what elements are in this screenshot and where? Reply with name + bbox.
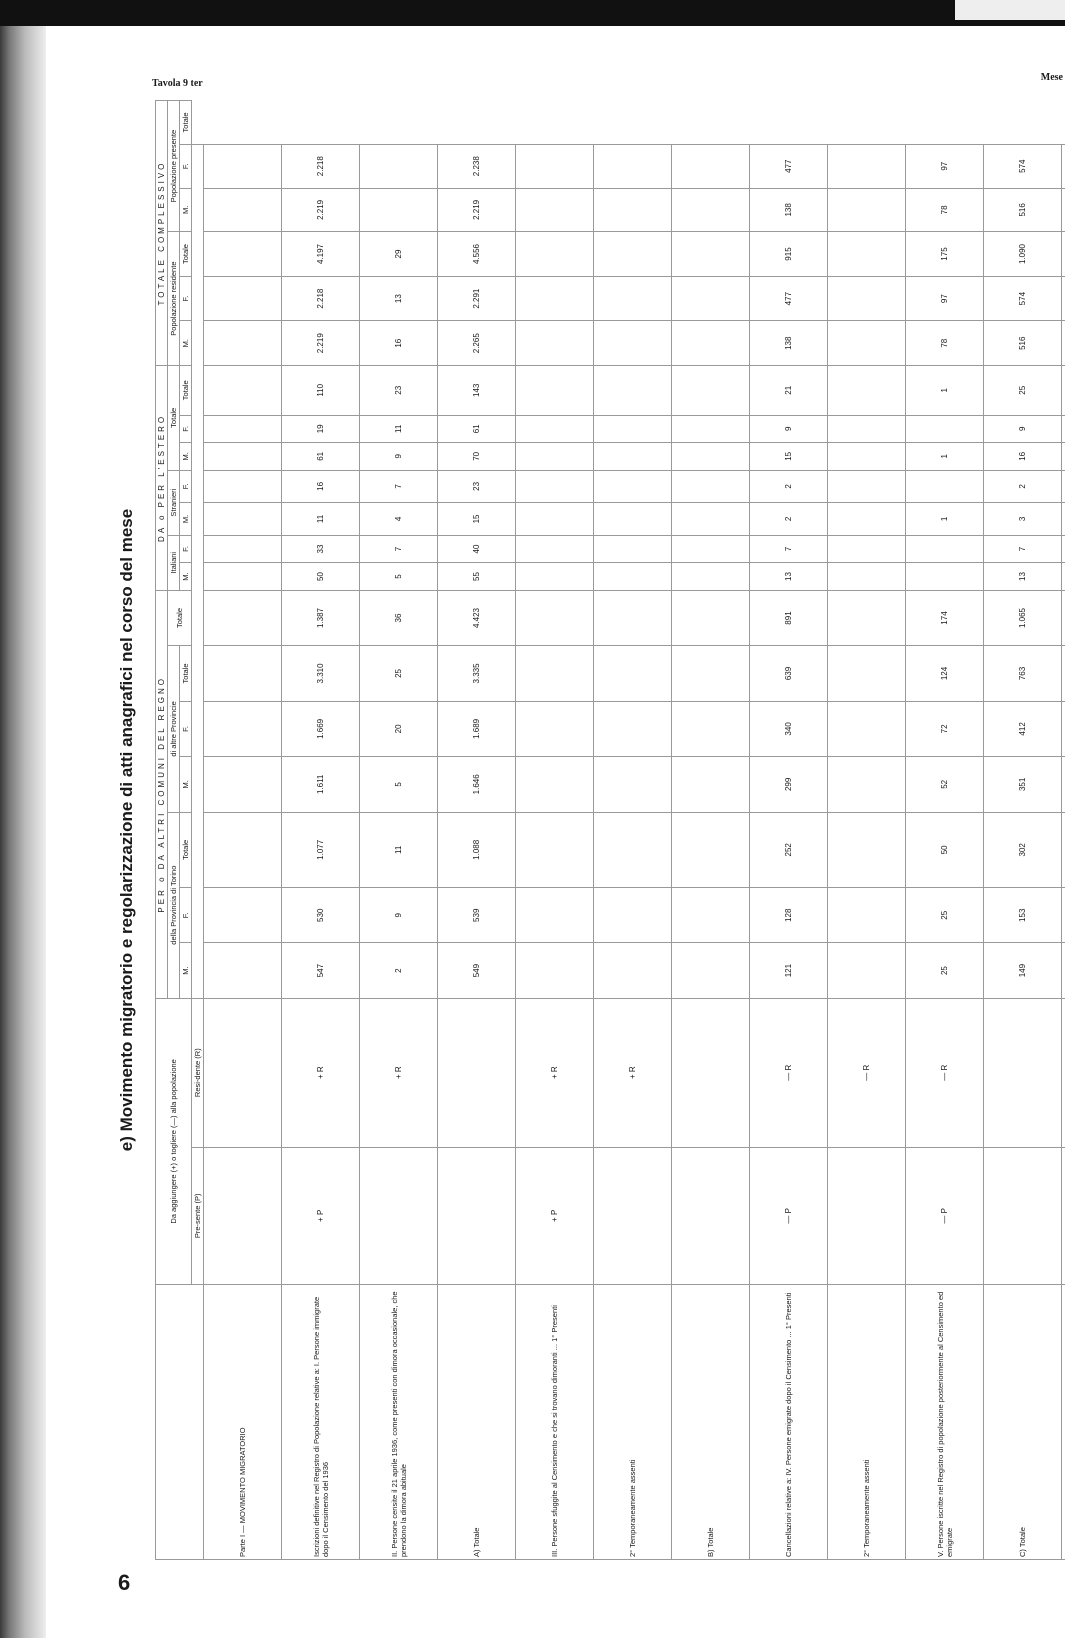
cell-value: [204, 812, 282, 888]
sign-residente: [204, 998, 282, 1147]
cell-value: [204, 321, 282, 366]
cell-value: 2: [750, 470, 828, 503]
sign-presente: [828, 1147, 906, 1284]
cell-value: 33: [282, 535, 360, 563]
cell-value: [828, 646, 906, 701]
hdr-f: F.: [180, 470, 192, 503]
page-number: 6: [118, 1570, 130, 1596]
hdr-f: F.: [180, 276, 192, 321]
cell-value: [204, 144, 282, 188]
cell-value: [204, 232, 282, 277]
cell-value: 1.088: [438, 812, 516, 888]
cell-value: [1062, 888, 1065, 943]
sign-presente: + P: [282, 1147, 360, 1284]
cell-value: [1062, 943, 1065, 998]
sign-residente: — R: [828, 998, 906, 1147]
cell-value: [672, 415, 750, 443]
cell-value: [672, 188, 750, 232]
cell-value: [594, 470, 672, 503]
cell-value: 2: [984, 470, 1062, 503]
cell-value: [672, 321, 750, 366]
cell-value: 128: [750, 888, 828, 943]
cell-value: 9: [750, 415, 828, 443]
cell-value: 302: [984, 812, 1062, 888]
cell-value: [828, 321, 906, 366]
hdr-tot: Totale: [180, 812, 192, 888]
cell-value: [1062, 757, 1065, 812]
sign-residente: — R: [906, 998, 984, 1147]
sign-residente: [672, 998, 750, 1147]
hdr-totale-regno: Totale: [168, 590, 192, 645]
cell-value: 1.689: [438, 701, 516, 756]
cell-value: [828, 503, 906, 536]
cell-value: 72: [906, 701, 984, 756]
cell-value: [516, 276, 594, 321]
cell-value: 2: [750, 503, 828, 536]
cell-value: [672, 470, 750, 503]
table-row: C) Totale1491533023514127631.06513732169…: [984, 101, 1062, 1560]
cell-value: 4: [360, 503, 438, 536]
cell-value: [516, 757, 594, 812]
hdr-f: F.: [180, 701, 192, 756]
cell-value: [828, 144, 906, 188]
cell-value: [516, 535, 594, 563]
cell-value: 15: [438, 503, 516, 536]
cell-value: [594, 943, 672, 998]
cell-value: [1062, 590, 1065, 645]
cell-value: [672, 757, 750, 812]
cell-value: [672, 535, 750, 563]
cell-value: 1.733: [1062, 188, 1065, 232]
cell-value: [204, 563, 282, 591]
cell-value: [516, 470, 594, 503]
cell-value: 252: [750, 812, 828, 888]
cell-value: 1.646: [438, 757, 516, 812]
cell-value: [672, 443, 750, 471]
cell-value: [828, 443, 906, 471]
hdr-m: M.: [180, 321, 192, 366]
cell-value: 299: [750, 757, 828, 812]
cell-value: 13: [750, 563, 828, 591]
cell-value: [672, 701, 750, 756]
cell-value: [594, 757, 672, 812]
cell-value: 97: [906, 144, 984, 188]
cell-value: 110: [282, 366, 360, 416]
cell-value: 2.238: [438, 144, 516, 188]
sign-presente: [360, 1147, 438, 1284]
cell-value: [828, 812, 906, 888]
cell-value: 1: [906, 443, 984, 471]
cell-value: [1062, 535, 1065, 563]
cell-value: [828, 470, 906, 503]
cell-value: 9: [360, 888, 438, 943]
row-label: Cancellazioni relative a: IV. Persone em…: [750, 1285, 828, 1560]
cell-value: [594, 321, 672, 366]
cell-value: 891: [750, 590, 828, 645]
cell-value: [594, 535, 672, 563]
cell-value: 547: [282, 943, 360, 998]
cell-value: 9: [360, 443, 438, 471]
cell-value: [828, 535, 906, 563]
cell-value: 3.335: [438, 646, 516, 701]
table-row: B) Totale: [672, 101, 750, 1560]
sign-residente: + R: [594, 998, 672, 1147]
hdr-totale-estero: Totale: [168, 366, 180, 471]
cell-value: [360, 188, 438, 232]
cell-value: 2.218: [282, 276, 360, 321]
hdr-altre-prov: di altre Provincie: [168, 646, 180, 812]
cell-value: 174: [906, 590, 984, 645]
cell-value: 7: [984, 535, 1062, 563]
cell-value: 36: [360, 590, 438, 645]
hdr-m: M.: [180, 757, 192, 812]
cell-value: [672, 943, 750, 998]
sign-presente: [672, 1147, 750, 1284]
table-row: Cancellazioni relative a: IV. Persone em…: [750, 101, 828, 1560]
sign-residente: [1062, 998, 1065, 1147]
cell-value: 3.466: [1062, 232, 1065, 277]
cell-value: 7: [360, 535, 438, 563]
cell-value: 4.197: [282, 232, 360, 277]
cell-value: [204, 415, 282, 443]
cell-value: [516, 443, 594, 471]
cell-value: 61: [438, 415, 516, 443]
hdr-spacer: [192, 144, 204, 998]
hdr-f: F.: [180, 535, 192, 563]
cell-value: [204, 366, 282, 416]
cell-value: 25: [984, 366, 1062, 416]
hdr-tot: Totale: [180, 646, 192, 701]
cell-value: 639: [750, 646, 828, 701]
cell-value: [360, 144, 438, 188]
cell-value: [516, 590, 594, 645]
cell-value: 78: [906, 188, 984, 232]
cell-value: [594, 563, 672, 591]
cell-value: 50: [906, 812, 984, 888]
table-row: Parte I — MOVIMENTO MIGRATORIO: [204, 101, 282, 1560]
cell-value: [204, 276, 282, 321]
group-estero: DA o PER L'ESTERO: [156, 366, 168, 591]
sign-presente: — P: [750, 1147, 828, 1284]
scan-top-border: [0, 0, 1065, 26]
cell-value: 16: [360, 321, 438, 366]
table-row: Differenza: A — B — C1.7491.7173.4661.73…: [1062, 101, 1065, 1560]
cell-value: 2.219: [282, 321, 360, 366]
cell-value: 153: [984, 888, 1062, 943]
table-title: e) Movimento migratorio e regolarizzazio…: [117, 100, 137, 1560]
cell-value: [906, 415, 984, 443]
cell-value: [516, 701, 594, 756]
sign-presente: — P: [906, 1147, 984, 1284]
cell-value: 16: [984, 443, 1062, 471]
description-header: [156, 1285, 204, 1560]
cell-value: 55: [438, 563, 516, 591]
cell-value: [594, 646, 672, 701]
cell-value: 138: [750, 321, 828, 366]
cell-value: [828, 757, 906, 812]
cell-value: 3: [984, 503, 1062, 536]
cell-value: [828, 590, 906, 645]
hdr-residente: Resi-dente (R): [192, 998, 204, 1147]
row-label: B) Totale: [672, 1285, 750, 1560]
cell-value: [906, 470, 984, 503]
cell-value: [906, 535, 984, 563]
cell-value: 1.387: [282, 590, 360, 645]
hdr-presente: Pre-sente (P): [192, 1147, 204, 1284]
cell-value: 516: [984, 188, 1062, 232]
cell-value: 175: [906, 232, 984, 277]
hdr-f: F.: [180, 888, 192, 943]
cell-value: [594, 232, 672, 277]
cell-value: [1062, 443, 1065, 471]
sign-presente: [984, 1147, 1062, 1284]
cell-value: [594, 888, 672, 943]
cell-value: [204, 590, 282, 645]
cell-value: [1062, 812, 1065, 888]
cell-value: 477: [750, 144, 828, 188]
cell-value: [594, 812, 672, 888]
cell-value: 9: [984, 415, 1062, 443]
cell-value: [672, 590, 750, 645]
sign-residente: + R: [282, 998, 360, 1147]
hdr-m: M.: [180, 943, 192, 998]
cell-value: [516, 888, 594, 943]
cell-value: 1.065: [984, 590, 1062, 645]
hdr-m: M.: [180, 443, 192, 471]
hdr-stranieri: Stranieri: [168, 470, 180, 535]
cell-value: 2: [360, 943, 438, 998]
cell-value: 13: [984, 563, 1062, 591]
cell-value: [828, 188, 906, 232]
sign-presente: [594, 1147, 672, 1284]
cell-value: 516: [984, 321, 1062, 366]
cell-value: 23: [438, 470, 516, 503]
row-label: C) Totale: [984, 1285, 1062, 1560]
cell-value: 124: [906, 646, 984, 701]
cell-value: [672, 276, 750, 321]
cell-value: [828, 701, 906, 756]
sign-residente: [984, 998, 1062, 1147]
cell-value: [516, 812, 594, 888]
table-row: 2° Temporaneamente assenti+ R: [594, 101, 672, 1560]
cell-value: [594, 188, 672, 232]
cell-value: [516, 144, 594, 188]
hdr-pop-presente: Popolazione presente: [168, 101, 180, 232]
month-label: Mese: [1041, 72, 1063, 83]
cell-value: [204, 188, 282, 232]
cell-value: [828, 943, 906, 998]
cell-value: [672, 563, 750, 591]
cell-value: [672, 888, 750, 943]
row-label: A) Totale: [438, 1285, 516, 1560]
cell-value: [828, 366, 906, 416]
cell-value: 25: [360, 646, 438, 701]
sign-presente: + P: [516, 1147, 594, 1284]
row-label: V. Persone iscritte nel Registro di popo…: [906, 1285, 984, 1560]
row-label: 2° Temporaneamente assenti: [594, 1285, 672, 1560]
cell-value: [1062, 646, 1065, 701]
cell-value: 97: [906, 276, 984, 321]
cell-value: [828, 232, 906, 277]
hdr-m: M.: [180, 188, 192, 232]
cell-value: 1.077: [282, 812, 360, 888]
cell-value: [516, 563, 594, 591]
cell-value: 21: [750, 366, 828, 416]
cell-value: 52: [906, 757, 984, 812]
cell-value: 50: [282, 563, 360, 591]
cell-value: 549: [438, 943, 516, 998]
cell-value: 340: [750, 701, 828, 756]
scan-top-right-patch: [955, 0, 1065, 20]
cell-value: 11: [282, 503, 360, 536]
cell-value: [516, 188, 594, 232]
cell-value: [594, 144, 672, 188]
sign-presente: [204, 1147, 282, 1284]
table-body: Parte I — MOVIMENTO MIGRATORIOIscrizioni…: [204, 101, 1065, 1560]
cell-value: 2.219: [282, 188, 360, 232]
cell-value: [594, 701, 672, 756]
row-label: Iscrizioni definitive nel Registro di Po…: [282, 1285, 360, 1560]
cell-value: [516, 232, 594, 277]
cell-value: [204, 443, 282, 471]
cell-value: [594, 503, 672, 536]
hdr-tot: Totale: [180, 366, 192, 416]
cell-value: 61: [282, 443, 360, 471]
cell-value: [1062, 701, 1065, 756]
table-row: 2° Temporaneamente assenti— R: [828, 101, 906, 1560]
cell-value: 1: [906, 503, 984, 536]
hdr-tot: Totale: [180, 101, 192, 145]
cell-value: [1062, 366, 1065, 416]
cell-value: 78: [906, 321, 984, 366]
cell-value: 1.669: [282, 701, 360, 756]
cell-value: 138: [750, 188, 828, 232]
cell-value: [204, 503, 282, 536]
cell-value: [1062, 470, 1065, 503]
cell-value: [594, 443, 672, 471]
scan-binding-edge: [0, 26, 46, 1638]
cell-value: 7: [360, 470, 438, 503]
cell-value: 1: [906, 366, 984, 416]
cell-value: 1.717: [1062, 276, 1065, 321]
hdr-pop-residente: Popolazione residente: [168, 232, 180, 366]
sign-residente: + R: [360, 998, 438, 1147]
cell-value: [672, 232, 750, 277]
cell-value: 351: [984, 757, 1062, 812]
cell-value: [516, 503, 594, 536]
cell-value: [204, 888, 282, 943]
cell-value: [516, 415, 594, 443]
cell-value: 23: [360, 366, 438, 416]
cell-value: [594, 415, 672, 443]
cell-value: 40: [438, 535, 516, 563]
cell-value: 11: [360, 415, 438, 443]
cell-value: [204, 535, 282, 563]
cell-value: 763: [984, 646, 1062, 701]
cell-value: [906, 563, 984, 591]
cell-value: 530: [282, 888, 360, 943]
cell-value: [516, 321, 594, 366]
cell-value: [204, 470, 282, 503]
cell-value: 11: [360, 812, 438, 888]
cell-value: [204, 646, 282, 701]
cell-value: [204, 701, 282, 756]
cell-value: 15: [750, 443, 828, 471]
sign-presente: [1062, 1147, 1065, 1284]
cell-value: 539: [438, 888, 516, 943]
cell-value: [594, 590, 672, 645]
cell-value: [1062, 503, 1065, 536]
cell-value: 1.674: [1062, 144, 1065, 188]
cell-value: [828, 563, 906, 591]
hdr-della-prov: della Provincia di Torino: [168, 812, 180, 998]
cell-value: [828, 415, 906, 443]
table-row: Iscrizioni definitive nel Registro di Po…: [282, 101, 360, 1560]
hdr-italiani: Italiani: [168, 535, 180, 590]
cell-value: 1.611: [282, 757, 360, 812]
migration-table: Da aggiungere (+) o togliere (—) alla po…: [155, 100, 1065, 1560]
cell-value: [672, 503, 750, 536]
hdr-m: M.: [180, 563, 192, 591]
row-label: III. Persone sfuggite al Censimento e ch…: [516, 1285, 594, 1560]
cell-value: [516, 943, 594, 998]
cell-value: [672, 366, 750, 416]
table-row: III. Persone sfuggite al Censimento e ch…: [516, 101, 594, 1560]
cell-value: 5: [360, 757, 438, 812]
cell-value: 1.749: [1062, 321, 1065, 366]
row-label: Differenza: A — B — C: [1062, 1285, 1065, 1560]
cell-value: 7: [750, 535, 828, 563]
cell-value: [516, 366, 594, 416]
cell-value: 4.423: [438, 590, 516, 645]
table-reference: Tavola 9 ter: [152, 78, 203, 89]
cell-value: 149: [984, 943, 1062, 998]
cell-value: 16: [282, 470, 360, 503]
cell-value: [204, 757, 282, 812]
sign-header: Da aggiungere (+) o togliere (—) alla po…: [156, 998, 192, 1284]
table-row: V. Persone iscritte nel Registro di popo…: [906, 101, 984, 1560]
hdr-f: F.: [180, 415, 192, 443]
cell-value: 4.556: [438, 232, 516, 277]
cell-value: 2.219: [438, 188, 516, 232]
cell-value: 2.218: [282, 144, 360, 188]
cell-value: 19: [282, 415, 360, 443]
cell-value: [204, 943, 282, 998]
sign-presente: [438, 1147, 516, 1284]
cell-value: 13: [360, 276, 438, 321]
cell-value: 29: [360, 232, 438, 277]
group-regno: PER o DA ALTRI COMUNI DEL REGNO: [156, 590, 168, 998]
row-label: II. Persone censite il 21 aprile 1936, c…: [360, 1285, 438, 1560]
row-label: Parte I — MOVIMENTO MIGRATORIO: [204, 1285, 282, 1560]
row-label: 2° Temporaneamente assenti: [828, 1285, 906, 1560]
cell-value: 574: [984, 144, 1062, 188]
cell-value: 20: [360, 701, 438, 756]
cell-value: 574: [984, 276, 1062, 321]
hdr-m: M.: [180, 503, 192, 536]
hdr-tot: Totale: [180, 232, 192, 277]
table-row: A) Totale5495391.0881.6461.6893.3354.423…: [438, 101, 516, 1560]
cell-value: 3.310: [282, 646, 360, 701]
cell-value: [594, 366, 672, 416]
cell-value: 25: [906, 943, 984, 998]
cell-value: [828, 276, 906, 321]
cell-value: [1062, 563, 1065, 591]
cell-value: [672, 646, 750, 701]
cell-value: 143: [438, 366, 516, 416]
table-row: II. Persone censite il 21 aprile 1936, c…: [360, 101, 438, 1560]
cell-value: 70: [438, 443, 516, 471]
